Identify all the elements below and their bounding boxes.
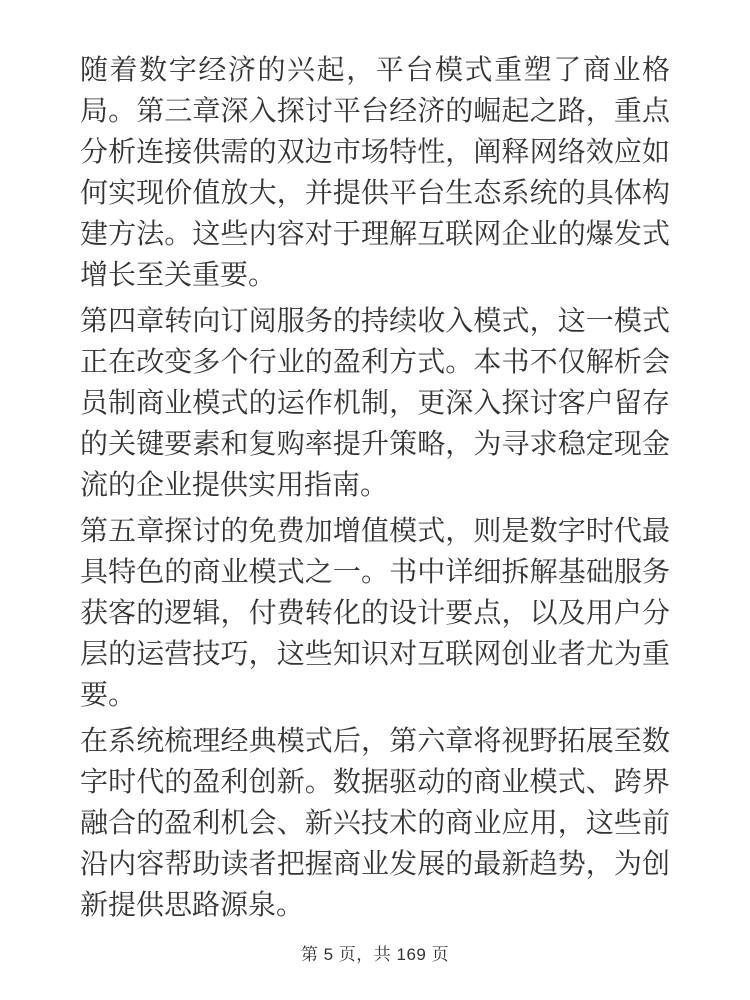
paragraph-chapter-3: 随着数字经济的兴起，平台模式重塑了商业格局。第三章深入探讨平台经济的崛起之路，重… <box>80 49 670 295</box>
paragraph-chapter-6: 在系统梳理经典模式后，第六章将视野拓展至数字时代的盈利创新。数据驱动的商业模式、… <box>80 720 670 925</box>
document-body: 随着数字经济的兴起，平台模式重塑了商业格局。第三章深入探讨平台经济的崛起之路，重… <box>80 49 670 930</box>
paragraph-chapter-4: 第四章转向订阅服务的持续收入模式，这一模式正在改变多个行业的盈利方式。本书不仅解… <box>80 300 670 505</box>
paragraph-chapter-5: 第五章探讨的免费加增值模式，则是数字时代最具特色的商业模式之一。书中详细拆解基础… <box>80 510 670 715</box>
page-indicator: 第 5 页，共 169 页 <box>301 945 449 964</box>
page-footer: 第 5 页，共 169 页 <box>0 945 750 965</box>
document-page: 随着数字经济的兴起，平台模式重塑了商业格局。第三章深入探讨平台经济的崛起之路，重… <box>0 0 750 1000</box>
